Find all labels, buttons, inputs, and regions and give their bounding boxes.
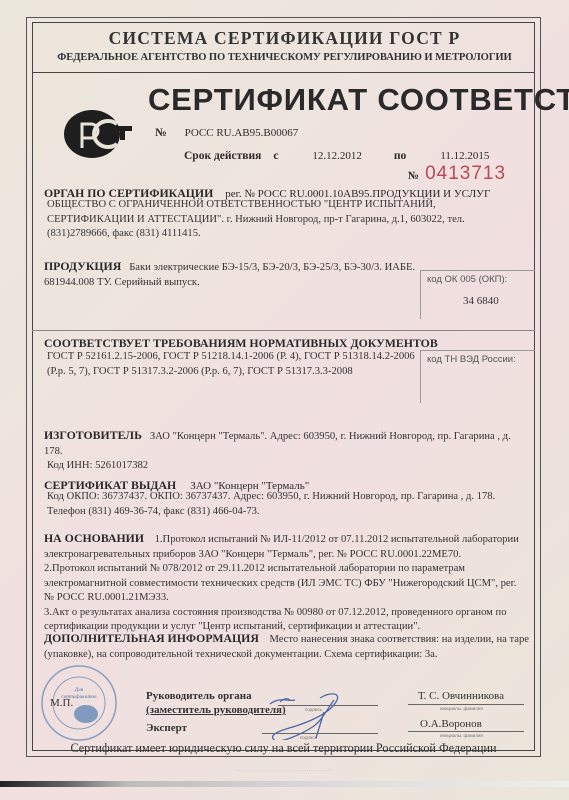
basis-section: НА ОСНОВАНИИ 1.Протокол испытаний № ИЛ-1… bbox=[44, 531, 529, 635]
tnved-code-box: код ТН ВЭД России: bbox=[420, 350, 535, 403]
expert-label: Эксперт bbox=[146, 722, 187, 734]
expert-name-line bbox=[408, 731, 524, 732]
cert-body-text: ОБЩЕСТВО С ОГРАНИЧЕННОЙ ОТВЕТСТВЕННОСТЬЮ… bbox=[47, 198, 525, 242]
valid-to: 11.12.2015 bbox=[440, 150, 489, 162]
additional-info-section: ДОПОЛНИТЕЛЬНАЯ ИНФОРМАЦИЯ Место нанесени… bbox=[44, 631, 529, 662]
svg-text:Для: Для bbox=[74, 687, 84, 693]
issued-to-text: Код ОКПО: 36737437. ОКПО: 36737437. Адре… bbox=[47, 490, 532, 519]
certificate-title: СЕРТИФИКАТ СООТВЕТСТВИЯ bbox=[148, 82, 569, 118]
print-footer: · · · · · · · · · · · · · · · · · · · · … bbox=[0, 769, 569, 773]
valid-from: 12.12.2012 bbox=[312, 150, 362, 162]
requirements-heading: СООТВЕТСТВУЕТ ТРЕБОВАНИЯМ НОРМАТИВНЫХ ДО… bbox=[44, 336, 438, 351]
head-name-line bbox=[408, 704, 524, 705]
product-section: ПРОДУКЦИЯ Баки электрические БЭ-15/3, БЭ… bbox=[44, 259, 416, 290]
agency-name: ФЕДЕРАЛЬНОЕ АГЕНТСТВО ПО ТЕХНИЧЕСКОМУ РЕ… bbox=[0, 52, 569, 63]
serial-number: 0413713 bbox=[425, 163, 506, 184]
manufacturer-section: ИЗГОТОВИТЕЛЬ ЗАО "Концерн "Термаль". Адр… bbox=[44, 428, 529, 474]
section-divider bbox=[32, 330, 535, 331]
okp-code-value: 34 6840 bbox=[421, 285, 535, 307]
scan-edge-shadow bbox=[0, 781, 569, 787]
serial-row: №0413713 bbox=[408, 163, 506, 185]
gost-r-logo-icon bbox=[62, 108, 134, 160]
requirements-text: ГОСТ Р 52161.2.15-2006, ГОСТ Р 51218.14.… bbox=[47, 350, 419, 379]
legal-validity-note: Сертификат имеет юридическую силу на все… bbox=[32, 741, 535, 756]
header-divider bbox=[32, 72, 535, 73]
system-title: СИСТЕМА СЕРТИФИКАЦИИ ГОСТ Р bbox=[0, 28, 569, 49]
head-label: Руководитель органа bbox=[146, 690, 252, 702]
okp-code-box: код ОК 005 (ОКП): 34 6840 bbox=[420, 270, 535, 319]
handwritten-signature-icon bbox=[250, 684, 370, 740]
expert-name: О.А.Воронов bbox=[420, 718, 482, 730]
head-name: Т. С. Овчинникова bbox=[418, 690, 504, 702]
stamp-place-label: М.П. bbox=[50, 697, 73, 709]
validity-row: Срок действия с 12.12.2012 по 11.12.2015 bbox=[184, 146, 489, 164]
cert-number-row: № РОСС RU.АВ95.В00067 bbox=[155, 123, 298, 141]
cert-number: РОСС RU.АВ95.В00067 bbox=[185, 127, 299, 139]
